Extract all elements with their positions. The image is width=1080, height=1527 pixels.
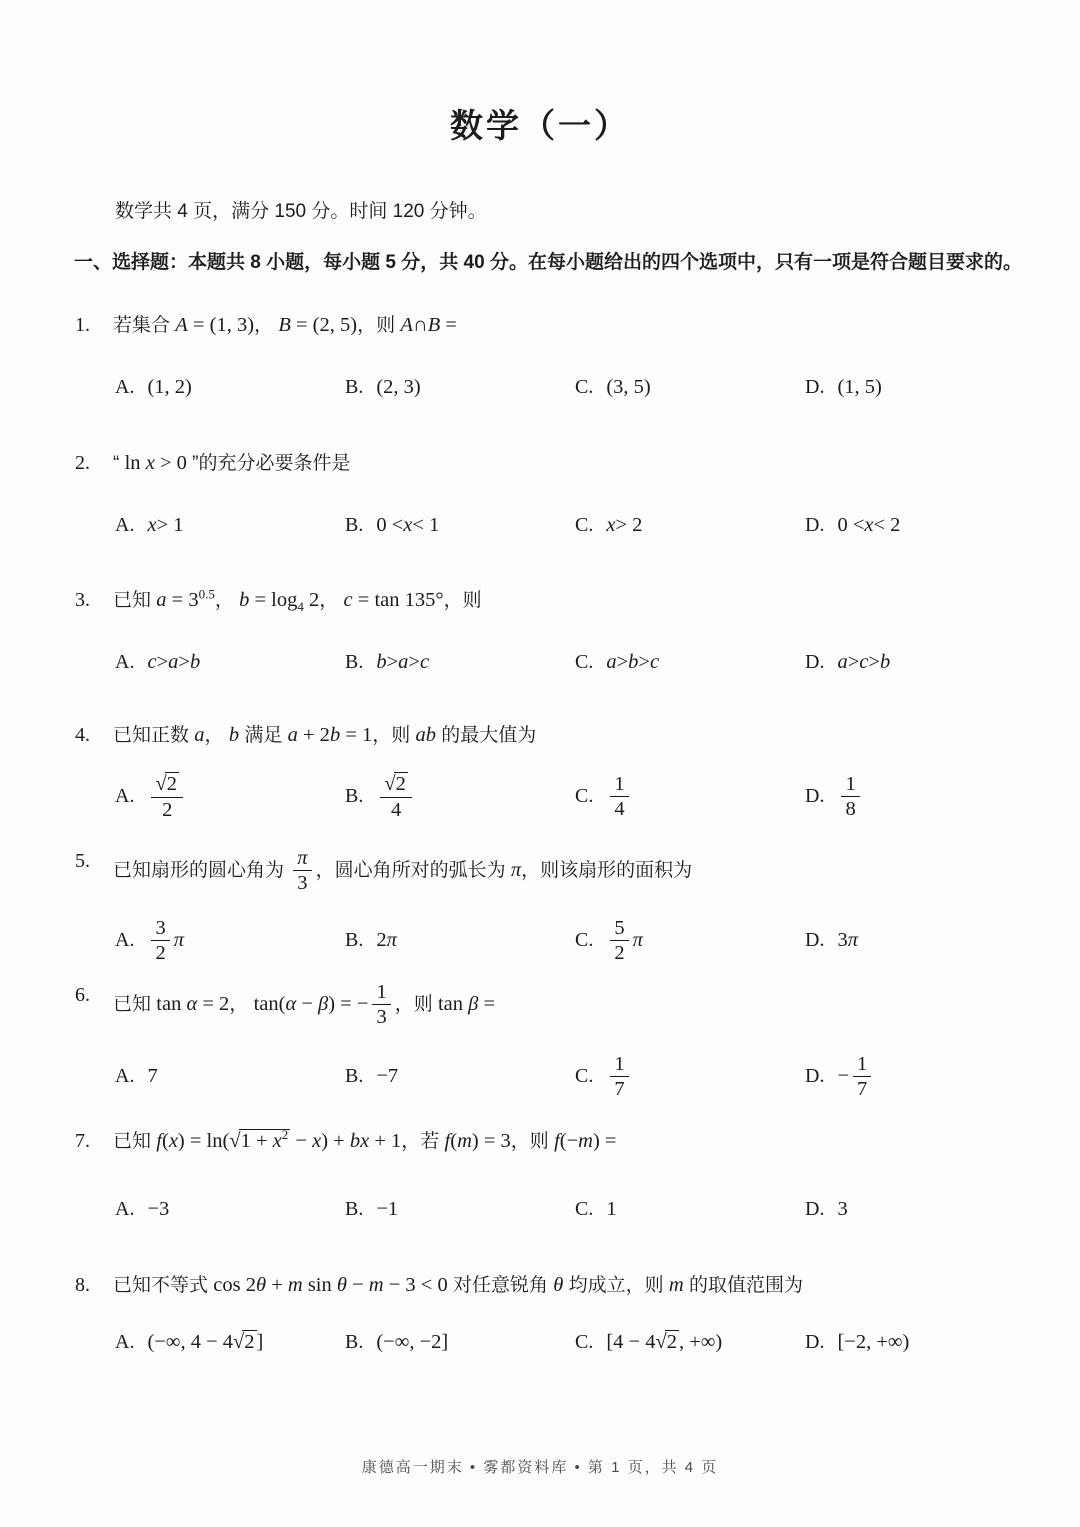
question-2-options: A.x > 1B.0 < x < 1C.x > 2D.0 < x < 2 xyxy=(75,514,1065,537)
question-1-stem: 1.若集合 A = (1, 3)， B = (2, 5)，则 A∩B = xyxy=(75,310,1025,341)
math-run: a xyxy=(156,589,166,611)
math-run: (−∞, 4 − 4 xyxy=(147,1331,233,1354)
math-run: 2 xyxy=(667,1331,677,1353)
math-run: B xyxy=(278,314,291,336)
math-run: tan xyxy=(156,993,186,1015)
option-label: A. xyxy=(115,376,134,399)
option-B: B.2π xyxy=(345,929,575,952)
square-root: √2 xyxy=(233,1330,257,1355)
option-label: B. xyxy=(345,651,363,674)
math-run: = 3 xyxy=(167,589,199,611)
text-run: ，圆心角所对的弧长为 xyxy=(316,860,511,881)
math-run: c xyxy=(344,589,353,611)
math-run: 1 xyxy=(845,773,855,795)
option-C: C.a > b > c xyxy=(575,651,805,674)
question-text: 已知 f(x) = ln(√1 + x2 − x) + bx + 1，若 f(m… xyxy=(113,1126,616,1157)
math-run: π xyxy=(387,929,397,952)
option-label: C. xyxy=(575,929,593,952)
question-text: 已知扇形的圆心角为 π3，圆心角所对的弧长为 π，则该扇形的面积为 xyxy=(113,846,692,896)
math-run: = xyxy=(478,993,495,1015)
math-run: 2 xyxy=(396,773,406,795)
math-run: 2 xyxy=(167,773,177,795)
math-run: ( xyxy=(162,1130,169,1152)
question-4-stem: 4.已知正数 a， b 满足 a + 2b = 1，则 ab 的最大值为 xyxy=(75,720,1025,751)
math-run: x xyxy=(864,514,873,537)
text-run: 的最大值为 xyxy=(436,725,536,746)
math-run: = 1 xyxy=(340,724,372,746)
square-root: √2 xyxy=(655,1330,679,1355)
math-run: < 2 xyxy=(874,514,901,537)
math-run: (1, 2) xyxy=(147,376,191,399)
option-label: C. xyxy=(575,1331,593,1354)
math-run: ) = − xyxy=(328,993,368,1015)
math-run: bx xyxy=(350,1130,369,1152)
text-run: ，则 xyxy=(444,590,482,611)
math-run: 2 xyxy=(614,942,624,964)
math-run: b xyxy=(376,651,386,674)
text-run: ，则 xyxy=(511,1131,554,1152)
math-run: 2 xyxy=(376,929,386,952)
text-run: 已知不等式 xyxy=(113,1275,213,1296)
option-content: a > c > b xyxy=(837,651,890,674)
option-label: B. xyxy=(345,376,363,399)
math-run: > xyxy=(387,651,399,674)
question-5-options: A.32πB.2πC.52πD.3π xyxy=(75,916,1065,965)
question-6-stem: 6.已知 tan α = 2， tan(α − β) = −13，则 tan β… xyxy=(75,980,1025,1030)
math-run: m xyxy=(288,1274,303,1296)
math-run: a xyxy=(168,651,178,674)
math-run: 2 xyxy=(162,799,172,821)
math-run: < 1 xyxy=(412,514,439,537)
option-A: A.(−∞, 4 − 4√2] xyxy=(115,1330,345,1355)
math-run: π xyxy=(633,929,643,952)
math-run: a xyxy=(837,651,847,674)
question-number: 2. xyxy=(75,448,113,478)
option-D: D.3π xyxy=(805,929,858,952)
option-label: B. xyxy=(345,1331,363,1354)
option-C: C.(3, 5) xyxy=(575,376,805,399)
question-6-options: A.7B.−7C.17D.−17 xyxy=(75,1052,1065,1101)
question-number: 7. xyxy=(75,1126,113,1156)
option-label: B. xyxy=(345,1065,363,1088)
math-run: b xyxy=(239,589,249,611)
math-run: 3 xyxy=(837,1198,847,1221)
option-content: 17 xyxy=(606,1052,632,1101)
option-content: 18 xyxy=(837,772,863,821)
exam-page: 数学（一） 数学共 4 页，满分 150 分。时间 120 分钟。 一、选择题：… xyxy=(0,0,1080,1527)
math-run: > xyxy=(157,651,169,674)
text-run: ，则 xyxy=(357,315,400,336)
math-run: + xyxy=(266,1274,288,1296)
option-A: A.−3 xyxy=(115,1198,345,1221)
math-run: 1 xyxy=(614,773,624,795)
option-B: B.b > a > c xyxy=(345,651,575,674)
math-run: 2 xyxy=(244,1331,254,1353)
option-label: B. xyxy=(345,1198,363,1221)
math-run: β xyxy=(318,993,328,1015)
question-5-stem: 5.已知扇形的圆心角为 π3，圆心角所对的弧长为 π，则该扇形的面积为 xyxy=(75,846,1025,896)
math-run: β xyxy=(468,993,478,1015)
option-A: A.√22 xyxy=(115,772,345,822)
math-run: 4 xyxy=(391,799,401,821)
math-run: sin xyxy=(303,1274,337,1296)
question-7-options: A.−3B.−1C.1D.3 xyxy=(75,1198,1065,1221)
math-run: θ xyxy=(256,1274,266,1296)
option-content: 32π xyxy=(147,916,184,965)
option-label: B. xyxy=(345,929,363,952)
math-run: + 2 xyxy=(298,724,330,746)
option-label: C. xyxy=(575,785,593,808)
option-B: B.−1 xyxy=(345,1198,575,1221)
math-run: ) + xyxy=(321,1130,350,1152)
math-run: 3 xyxy=(837,929,847,952)
option-label: A. xyxy=(115,785,134,808)
square-root: √2 xyxy=(384,772,408,797)
math-run: > 1 xyxy=(157,514,184,537)
option-C: C.1 xyxy=(575,1198,805,1221)
fraction: √24 xyxy=(380,772,412,822)
section-header: 一、选择题：本题共 8 小题，每小题 5 分，共 40 分。在每小题给出的四个选… xyxy=(74,247,1034,274)
option-A: A.c > a > b xyxy=(115,651,345,674)
question-text: 若集合 A = (1, 3)， B = (2, 5)，则 A∩B = xyxy=(113,310,457,341)
text-run: ，则 xyxy=(372,725,415,746)
math-run: a xyxy=(606,651,616,674)
math-run: b xyxy=(330,724,340,746)
fraction: 18 xyxy=(841,772,859,821)
math-run: B xyxy=(428,314,441,336)
math-run: θ xyxy=(337,1274,347,1296)
math-run: = log xyxy=(249,589,297,611)
math-run: = (2, 5) xyxy=(291,314,357,336)
option-label: D. xyxy=(805,1198,824,1221)
math-run: − xyxy=(296,993,318,1015)
math-run: A xyxy=(400,314,413,336)
fraction: 13 xyxy=(372,980,390,1030)
option-label: C. xyxy=(575,376,593,399)
option-content: (1, 5) xyxy=(837,376,881,399)
option-content: (2, 3) xyxy=(376,376,420,399)
math-run: x xyxy=(169,1130,178,1152)
option-content: [−2, +∞) xyxy=(837,1331,909,1354)
math-run: c xyxy=(859,651,868,674)
option-content: 14 xyxy=(606,772,632,821)
option-label: D. xyxy=(805,651,824,674)
fraction: 14 xyxy=(610,772,628,821)
option-content: 1 xyxy=(606,1198,616,1221)
math-run: −7 xyxy=(376,1065,398,1088)
fraction: 17 xyxy=(610,1052,628,1101)
option-content: c > a > b xyxy=(147,651,200,674)
math-run: = xyxy=(440,314,457,336)
math-run: (−∞, −2] xyxy=(376,1331,448,1354)
text-run: ， xyxy=(254,315,278,336)
option-C: C.[4 − 4√2, +∞) xyxy=(575,1330,805,1355)
option-label: A. xyxy=(115,1198,134,1221)
question-7-stem: 7.已知 f(x) = ln(√1 + x2 − x) + bx + 1，若 f… xyxy=(75,1126,1025,1157)
fraction: √22 xyxy=(151,772,183,822)
question-number: 3. xyxy=(75,585,113,615)
option-C: C.17 xyxy=(575,1052,805,1101)
option-label: D. xyxy=(805,376,824,399)
question-number: 6. xyxy=(75,980,113,1010)
question-text: 已知正数 a， b 满足 a + 2b = 1，则 ab 的最大值为 xyxy=(113,720,536,751)
option-content: √22 xyxy=(147,772,187,822)
text-run: 已知 xyxy=(113,994,156,1015)
math-run: > xyxy=(848,651,860,674)
option-content: 7 xyxy=(147,1065,157,1088)
text-run: ， xyxy=(215,590,239,611)
option-content: √24 xyxy=(376,772,416,822)
option-label: D. xyxy=(805,929,824,952)
math-run: > xyxy=(638,651,650,674)
question-1-options: A.(1, 2)B.(2, 3)C.(3, 5)D.(1, 5) xyxy=(75,376,1065,399)
question-2-stem: 2.“ ln x > 0 ”的充分必要条件是 xyxy=(75,448,1025,479)
option-content: 3 xyxy=(837,1198,847,1221)
question-number: 8. xyxy=(75,1270,113,1300)
math-run: 7 xyxy=(147,1065,157,1088)
option-A: A.32π xyxy=(115,916,345,965)
option-content: [4 − 4√2, +∞) xyxy=(606,1330,722,1355)
math-run: α xyxy=(186,993,197,1015)
math-run: −1 xyxy=(376,1198,398,1221)
option-label: C. xyxy=(575,514,593,537)
option-label: D. xyxy=(805,1065,824,1088)
math-run: 8 xyxy=(845,798,855,820)
text-run: “ xyxy=(113,453,125,474)
math-run: = (1, 3) xyxy=(188,314,254,336)
text-run: 已知扇形的圆心角为 xyxy=(113,860,289,881)
text-run: 对任意锐角 xyxy=(448,1275,554,1296)
question-8-options: A.(−∞, 4 − 4√2]B.(−∞, −2]C.[4 − 4√2, +∞)… xyxy=(75,1330,1065,1355)
square-root: √2 xyxy=(155,772,179,797)
math-run: 2 xyxy=(155,942,165,964)
text-run: 满足 xyxy=(239,725,288,746)
option-D: D.[−2, +∞) xyxy=(805,1331,909,1354)
math-run: x xyxy=(403,514,412,537)
option-label: C. xyxy=(575,1065,593,1088)
text-run: ， xyxy=(205,725,229,746)
math-run: [4 − 4 xyxy=(606,1331,655,1354)
option-label: A. xyxy=(115,1331,134,1354)
math-run: a xyxy=(398,651,408,674)
option-content: b > a > c xyxy=(376,651,429,674)
math-run: ab xyxy=(416,724,437,746)
math-run: , +∞) xyxy=(679,1331,722,1354)
option-label: B. xyxy=(345,514,363,537)
option-content: x > 2 xyxy=(606,514,642,537)
option-content: (−∞, 4 − 4√2] xyxy=(147,1330,263,1355)
math-run: a xyxy=(194,724,204,746)
page-title: 数学（一） xyxy=(0,100,1080,147)
exam-info-line: 数学共 4 页，满分 150 分。时间 120 分钟。 xyxy=(115,196,487,223)
math-run: b xyxy=(880,651,890,674)
math-run: 3 xyxy=(376,1006,386,1028)
math-run: −3 xyxy=(147,1198,169,1221)
math-run: x xyxy=(273,1130,282,1152)
math-run: ] xyxy=(257,1331,264,1354)
option-label: A. xyxy=(115,514,134,537)
math-run: 3 xyxy=(155,917,165,939)
math-run: x xyxy=(606,514,615,537)
math-run: 1 + xyxy=(241,1130,273,1152)
text-run: 均成立，则 xyxy=(563,1275,669,1296)
question-text: “ ln x > 0 ”的充分必要条件是 xyxy=(113,448,350,479)
math-run: ∩ xyxy=(413,314,428,336)
math-run: 1 xyxy=(376,981,386,1003)
question-8-stem: 8.已知不等式 cos 2θ + m sin θ − m − 3 < 0 对任意… xyxy=(75,1270,1025,1301)
math-run: α xyxy=(285,993,296,1015)
square-root: √1 + x2 xyxy=(229,1126,290,1157)
option-B: B.−7 xyxy=(345,1065,575,1088)
option-C: C.52π xyxy=(575,916,805,965)
math-run: 0 < xyxy=(376,514,403,537)
option-B: B.(2, 3) xyxy=(345,376,575,399)
option-label: C. xyxy=(575,651,593,674)
option-C: C.x > 2 xyxy=(575,514,805,537)
option-D: D.3 xyxy=(805,1198,848,1221)
math-run: A xyxy=(175,314,188,336)
option-content: −7 xyxy=(376,1065,398,1088)
option-label: D. xyxy=(805,514,824,537)
option-label: A. xyxy=(115,929,134,952)
math-run: x xyxy=(147,514,156,537)
option-label: A. xyxy=(115,651,134,674)
option-A: A.(1, 2) xyxy=(115,376,345,399)
option-D: D.a > c > b xyxy=(805,651,890,674)
option-label: D. xyxy=(805,785,824,808)
math-run: 3 xyxy=(297,872,307,894)
option-content: 3π xyxy=(837,929,858,952)
option-content: (3, 5) xyxy=(606,376,650,399)
math-run: c xyxy=(147,651,156,674)
question-number: 1. xyxy=(75,310,113,340)
math-run: 0 < xyxy=(837,514,864,537)
question-text: 已知不等式 cos 2θ + m sin θ − m − 3 < 0 对任意锐角… xyxy=(113,1270,803,1301)
text-run: 已知 xyxy=(113,590,156,611)
text-run: 的取值范围为 xyxy=(684,1275,803,1296)
math-run: 7 xyxy=(614,1078,624,1100)
text-run: 已知 xyxy=(113,1131,156,1152)
math-run: > 2 xyxy=(615,514,642,537)
option-B: B.(−∞, −2] xyxy=(345,1331,575,1354)
math-run: − xyxy=(290,1130,312,1152)
math-run: 2 xyxy=(304,589,319,611)
option-B: B.0 < x < 1 xyxy=(345,514,575,537)
math-run: b xyxy=(190,651,200,674)
option-content: x > 1 xyxy=(147,514,183,537)
math-run: > xyxy=(617,651,629,674)
text-run: ”的充分必要条件是 xyxy=(187,453,351,474)
math-run: − 3 < 0 xyxy=(384,1274,448,1296)
math-run: c xyxy=(420,651,429,674)
math-run: ) = 3 xyxy=(472,1130,511,1152)
math-run: = 2 xyxy=(197,993,229,1015)
math-run: 1 xyxy=(614,1053,624,1075)
option-label: C. xyxy=(575,1198,593,1221)
math-run: 1 xyxy=(857,1053,867,1075)
fraction: 17 xyxy=(853,1052,871,1101)
fraction: π3 xyxy=(293,846,311,896)
option-content: 0 < x < 1 xyxy=(376,514,439,537)
math-run: x xyxy=(146,452,155,474)
option-content: −3 xyxy=(147,1198,169,1221)
math-run: m xyxy=(669,1274,684,1296)
math-run: (3, 5) xyxy=(606,376,650,399)
option-B: B.√24 xyxy=(345,772,575,822)
question-number: 5. xyxy=(75,846,113,876)
option-content: (−∞, −2] xyxy=(376,1331,448,1354)
text-run: ， xyxy=(319,590,343,611)
math-run: (− xyxy=(560,1130,578,1152)
math-run: 7 xyxy=(857,1078,867,1100)
math-run: b xyxy=(229,724,239,746)
superscript: 2 xyxy=(282,1127,289,1142)
math-run: cos 2 xyxy=(213,1274,256,1296)
math-run: − xyxy=(347,1274,369,1296)
option-content: (1, 2) xyxy=(147,376,191,399)
math-run: ) = xyxy=(593,1130,617,1152)
math-run: b xyxy=(628,651,638,674)
math-run: π xyxy=(511,859,521,881)
option-A: A.7 xyxy=(115,1065,345,1088)
math-run: + 1 xyxy=(369,1130,401,1152)
superscript: 0.5 xyxy=(199,587,215,602)
math-run: (1, 5) xyxy=(837,376,881,399)
text-run: ， xyxy=(229,994,253,1015)
option-content: −17 xyxy=(837,1052,875,1101)
option-content: 0 < x < 2 xyxy=(837,514,900,537)
option-content: a > b > c xyxy=(606,651,659,674)
math-run: > 0 xyxy=(155,452,187,474)
math-run: 5 xyxy=(614,917,624,939)
math-run: π xyxy=(848,929,858,952)
text-run: 已知正数 xyxy=(113,725,194,746)
question-3-stem: 3.已知 a = 30.5， b = log4 2， c = tan 135°，… xyxy=(75,585,1025,616)
question-number: 4. xyxy=(75,720,113,750)
math-run: [−2, +∞) xyxy=(837,1331,909,1354)
question-text: 已知 a = 30.5， b = log4 2， c = tan 135°，则 xyxy=(113,585,482,616)
math-run: x xyxy=(312,1130,321,1152)
math-run: 4 xyxy=(614,798,624,820)
fraction: 52 xyxy=(610,916,628,965)
question-text: 已知 tan α = 2， tan(α − β) = −13，则 tan β = xyxy=(113,980,495,1030)
math-run: ) = ln( xyxy=(178,1130,229,1152)
option-D: D.(1, 5) xyxy=(805,376,882,399)
option-content: −1 xyxy=(376,1198,398,1221)
math-run: − xyxy=(837,1065,849,1088)
option-content: 52π xyxy=(606,916,643,965)
option-D: D.0 < x < 2 xyxy=(805,514,900,537)
math-run: m xyxy=(578,1130,593,1152)
math-run: m xyxy=(369,1274,384,1296)
math-run: 1 xyxy=(606,1198,616,1221)
option-content: 2π xyxy=(376,929,397,952)
math-run: π xyxy=(174,929,184,952)
page-footer: 康德高一期末 • 雾都资料库 • 第 1 页，共 4 页 xyxy=(0,1456,1080,1477)
question-4-options: A.√22B.√24C.14D.18 xyxy=(75,772,1065,822)
option-D: D.−17 xyxy=(805,1052,875,1101)
math-run: θ xyxy=(553,1274,563,1296)
math-run: a xyxy=(288,724,298,746)
option-D: D.18 xyxy=(805,772,864,821)
option-C: C.14 xyxy=(575,772,805,821)
option-A: A.x > 1 xyxy=(115,514,345,537)
math-run: c xyxy=(650,651,659,674)
option-label: B. xyxy=(345,785,363,808)
math-run: (2, 3) xyxy=(376,376,420,399)
math-run: ln xyxy=(125,452,146,474)
math-run: π xyxy=(297,847,307,869)
